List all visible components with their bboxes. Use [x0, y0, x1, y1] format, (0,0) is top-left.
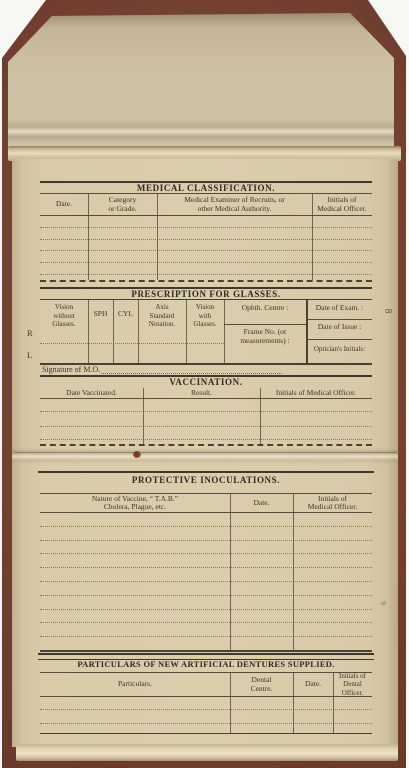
column-header-nature-of-vaccine: Nature of Vaccine, “ T.A.B.” Cholera, Pl…	[40, 494, 230, 512]
column-header-sph: SPH	[88, 310, 113, 319]
protective-inoculations-table: Nature of Vaccine, “ T.A.B.” Cholera, Pl…	[40, 493, 372, 652]
empty-row	[40, 697, 372, 710]
table-body	[40, 513, 372, 650]
empty-row	[40, 263, 372, 275]
empty-row	[40, 399, 372, 412]
column-header-initials: Initials of Medical Officer.	[312, 194, 372, 215]
protective-inoculations-title: PROTECTIVE INOCULATIONS.	[40, 476, 372, 485]
left-eye-label: L	[27, 350, 32, 360]
vaccination-table: Date Vaccinated. Result. Initials of Med…	[40, 388, 372, 446]
empty-row	[40, 275, 372, 285]
column-header-examiner: Medical Examiner of Recruits, or other M…	[157, 194, 312, 215]
column-header-dental-centre: Dental Centre.	[230, 673, 293, 696]
stain-spot	[133, 451, 141, 458]
page-number-8: 8	[383, 309, 393, 314]
empty-row	[40, 568, 372, 582]
row-divider-dotted	[40, 343, 224, 344]
empty-row	[40, 440, 372, 448]
empty-row	[40, 412, 372, 427]
dentures-table: Particulars. Dental Centre. Date. Initia…	[40, 672, 372, 734]
table-body	[40, 399, 372, 448]
empty-row	[40, 513, 372, 527]
empty-row	[40, 427, 372, 440]
opticians-initials-label: Optician's Initials:	[307, 345, 372, 354]
empty-row	[40, 637, 372, 650]
column-header-initials: Initials of Medical Officer.	[293, 494, 372, 512]
column-header-initials: Initials of Medical Officer.	[260, 388, 372, 398]
empty-row	[40, 240, 372, 251]
column-divider	[293, 494, 294, 650]
empty-row	[40, 710, 372, 724]
vaccination-title: VACCINATION.	[40, 378, 372, 387]
column-header-category: Category or Grade.	[88, 194, 157, 215]
table-header-row: Particulars. Dental Centre. Date. Initia…	[40, 673, 372, 697]
frame-no-label: Frame No. (or measurements) :	[226, 328, 304, 345]
empty-row	[40, 596, 372, 610]
column-header-vision-with: Vision with Glasses.	[186, 303, 224, 329]
column-header-initials: Initials of Dental Officer.	[333, 673, 372, 696]
column-header-date-vaccinated: Date Vaccinated.	[40, 388, 143, 398]
dotted-leader	[101, 365, 282, 374]
empty-row	[40, 724, 372, 735]
table-header-row: Date. Category or Grade. Medical Examine…	[40, 194, 372, 216]
page-stack-edge-bottom	[16, 744, 398, 761]
column-header-date: Date.	[293, 673, 333, 696]
empty-row	[40, 228, 372, 240]
column-divider	[224, 300, 225, 363]
ophth-centre-label: Ophth. Centre :	[226, 304, 304, 313]
signature-label: Signature of M.O.	[42, 365, 100, 374]
fold-crease	[0, 118, 409, 144]
empty-row	[40, 610, 372, 624]
signature-line: Signature of M.O.	[42, 364, 282, 374]
cell-divider	[306, 319, 372, 320]
column-header-vision-without: Vision without Glasses.	[40, 303, 88, 329]
page-edge-line	[14, 452, 396, 453]
page-number-9: 9	[379, 601, 387, 605]
table-body	[40, 697, 372, 735]
dentures-title: PARTICULARS OF NEW ARTIFICIAL DENTURES S…	[40, 660, 372, 669]
page-overlap-edge	[12, 448, 398, 465]
empty-row	[40, 216, 372, 228]
medical-classification-title: MEDICAL CLASSIFICATION.	[40, 184, 372, 193]
empty-row	[40, 582, 372, 596]
column-header-cyl: CYL	[113, 310, 138, 319]
date-of-issue-label: Date of Issue :	[307, 323, 372, 332]
medical-classification-table: Date. Category or Grade. Medical Examine…	[40, 193, 372, 282]
column-header-axis: Axis Standard Notation.	[138, 303, 186, 329]
table-body	[40, 216, 372, 285]
empty-row	[40, 541, 372, 555]
column-header-particulars: Particulars.	[40, 673, 230, 696]
prescription-table: Vision without Glasses. SPH CYL Axis Sta…	[40, 299, 372, 365]
empty-row	[40, 251, 372, 263]
empty-row	[40, 623, 372, 637]
prescription-title: PRESCRIPTION FOR GLASSES.	[40, 290, 372, 299]
heavy-rule	[38, 471, 374, 473]
empty-row	[40, 554, 372, 568]
empty-row	[40, 527, 372, 541]
column-header-result: Result.	[143, 388, 260, 398]
table-header-row: Nature of Vaccine, “ T.A.B.” Cholera, Pl…	[40, 494, 372, 513]
column-divider	[230, 494, 231, 650]
column-header-date: Date.	[40, 194, 88, 215]
scanned-medical-booklet: MEDICAL CLASSIFICATION. Date. Category o…	[0, 0, 409, 768]
cell-divider	[224, 324, 306, 325]
date-of-exam-label: Date of Exam. :	[307, 304, 372, 313]
medical-form-page: MEDICAL CLASSIFICATION. Date. Category o…	[12, 159, 398, 747]
column-header-date: Date.	[230, 494, 293, 512]
cell-divider	[306, 339, 372, 340]
right-eye-label: R	[27, 328, 33, 338]
table-header-row: Date Vaccinated. Result. Initials of Med…	[40, 388, 372, 399]
